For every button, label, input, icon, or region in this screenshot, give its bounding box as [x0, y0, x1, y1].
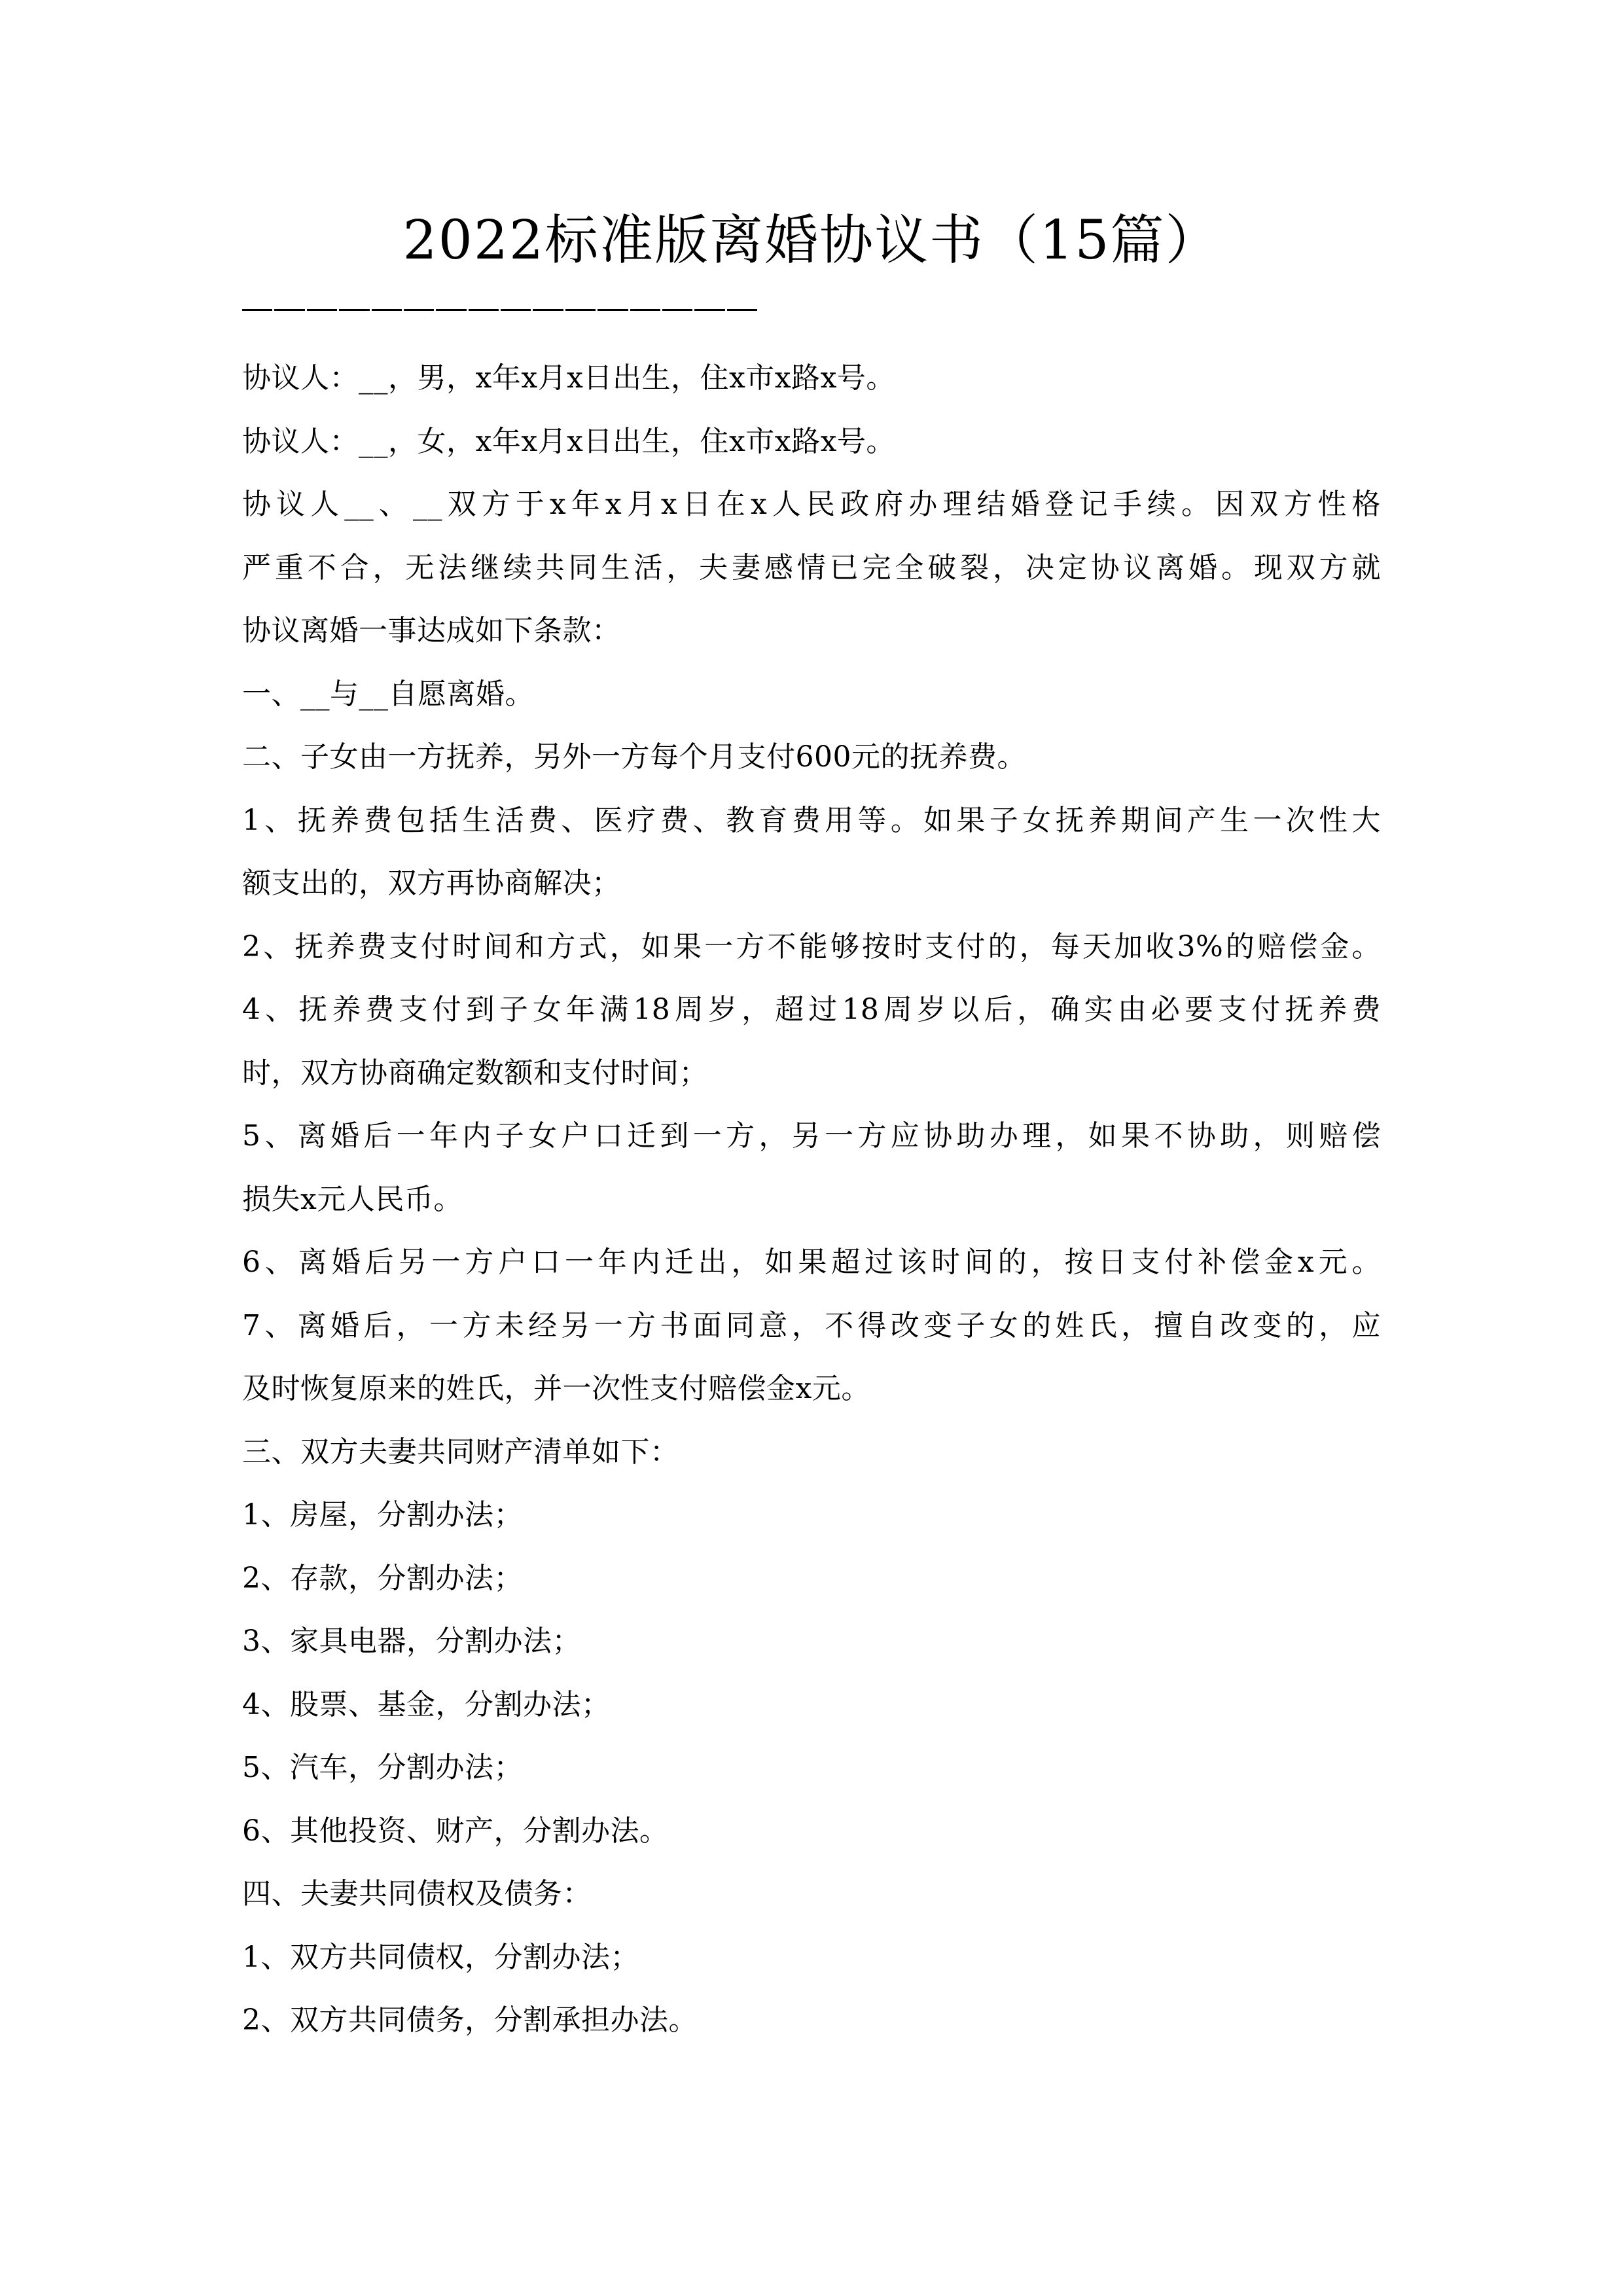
document-page: 2022标准版离婚协议书（15篇） 协议人：__，男，x年x月x日出生，住x市x…: [0, 0, 1623, 2296]
clause-item: 及时恢复原来的姓氏，并一次性支付赔偿金x元。: [242, 1357, 1381, 1421]
document-body: 协议人：__，男，x年x月x日出生，住x市x路x号。 协议人：__，女，x年x月…: [242, 347, 1381, 2053]
clause-item: 额支出的，双方再协商解决；: [242, 852, 1381, 916]
paragraph-line: 协议人：__，男，x年x月x日出生，住x市x路x号。: [242, 347, 1381, 410]
clause-heading: 二、子女由一方抚养，另外一方每个月支付600元的抚养费。: [242, 726, 1381, 789]
clause-item: 1、抚养费包括生活费、医疗费、教育费用等。如果子女抚养期间产生一次性大: [242, 789, 1381, 853]
clause-item: 2、存款，分割办法；: [242, 1547, 1381, 1611]
separator-dash: [404, 309, 434, 311]
title-separator: [242, 308, 759, 313]
separator-dash: [436, 309, 466, 311]
clause-item: 5、汽车，分割办法；: [242, 1736, 1381, 1800]
clause-item: 5、离婚后一年内子女户口迁到一方，另一方应协助办理，如果不协助，则赔偿: [242, 1105, 1381, 1168]
clause-item: 2、双方共同债务，分割承担办法。: [242, 1989, 1381, 2053]
clause-heading: 四、夫妻共同债权及债务：: [242, 1863, 1381, 1926]
clause-item: 4、抚养费支付到子女年满18周岁，超过18周岁以后，确实由必要支付抚养费: [242, 978, 1381, 1042]
separator-dash: [501, 309, 531, 311]
clause-heading: 一、__与__自愿离婚。: [242, 663, 1381, 726]
separator-dash: [242, 309, 272, 311]
separator-dash: [597, 309, 628, 311]
clause-item: 2、抚养费支付时间和方式，如果一方不能够按时支付的，每天加收3%的赔偿金。: [242, 916, 1381, 979]
clause-item: 4、股票、基金，分割办法；: [242, 1674, 1381, 1737]
clause-item: 损失x元人民币。: [242, 1168, 1381, 1232]
document-title: 2022标准版离婚协议书（15篇）: [0, 208, 1623, 274]
separator-dash: [630, 309, 660, 311]
paragraph-line: 协议离婚一事达成如下条款：: [242, 600, 1381, 663]
clause-item: 6、其他投资、财产，分割办法。: [242, 1800, 1381, 1863]
separator-dash: [565, 309, 596, 311]
separator-dash: [307, 309, 337, 311]
separator-dash: [339, 309, 369, 311]
separator-dash: [662, 309, 692, 311]
separator-dash: [469, 309, 499, 311]
separator-dash: [372, 309, 402, 311]
clause-item: 7、离婚后，一方未经另一方书面同意，不得改变子女的姓氏，擅自改变的，应: [242, 1295, 1381, 1358]
clause-item: 3、家具电器，分割办法；: [242, 1610, 1381, 1674]
separator-dash: [533, 309, 563, 311]
separator-dash: [727, 309, 757, 311]
clause-item: 1、双方共同债权，分割办法；: [242, 1926, 1381, 1990]
separator-dash: [274, 309, 304, 311]
clause-heading: 三、双方夫妻共同财产清单如下：: [242, 1421, 1381, 1484]
paragraph-line: 协议人__、__双方于x年x月x日在x人民政府办理结婚登记手续。因双方性格: [242, 473, 1381, 537]
clause-item: 1、房屋，分割办法；: [242, 1484, 1381, 1547]
separator-dash: [694, 309, 724, 311]
clause-item: 6、离婚后另一方户口一年内迁出，如果超过该时间的，按日支付补偿金x元。: [242, 1231, 1381, 1295]
paragraph-line: 协议人：__，女，x年x月x日出生，住x市x路x号。: [242, 410, 1381, 474]
clause-item: 时，双方协商确定数额和支付时间；: [242, 1042, 1381, 1105]
paragraph-line: 严重不合，无法继续共同生活，夫妻感情已完全破裂，决定协议离婚。现双方就: [242, 537, 1381, 600]
